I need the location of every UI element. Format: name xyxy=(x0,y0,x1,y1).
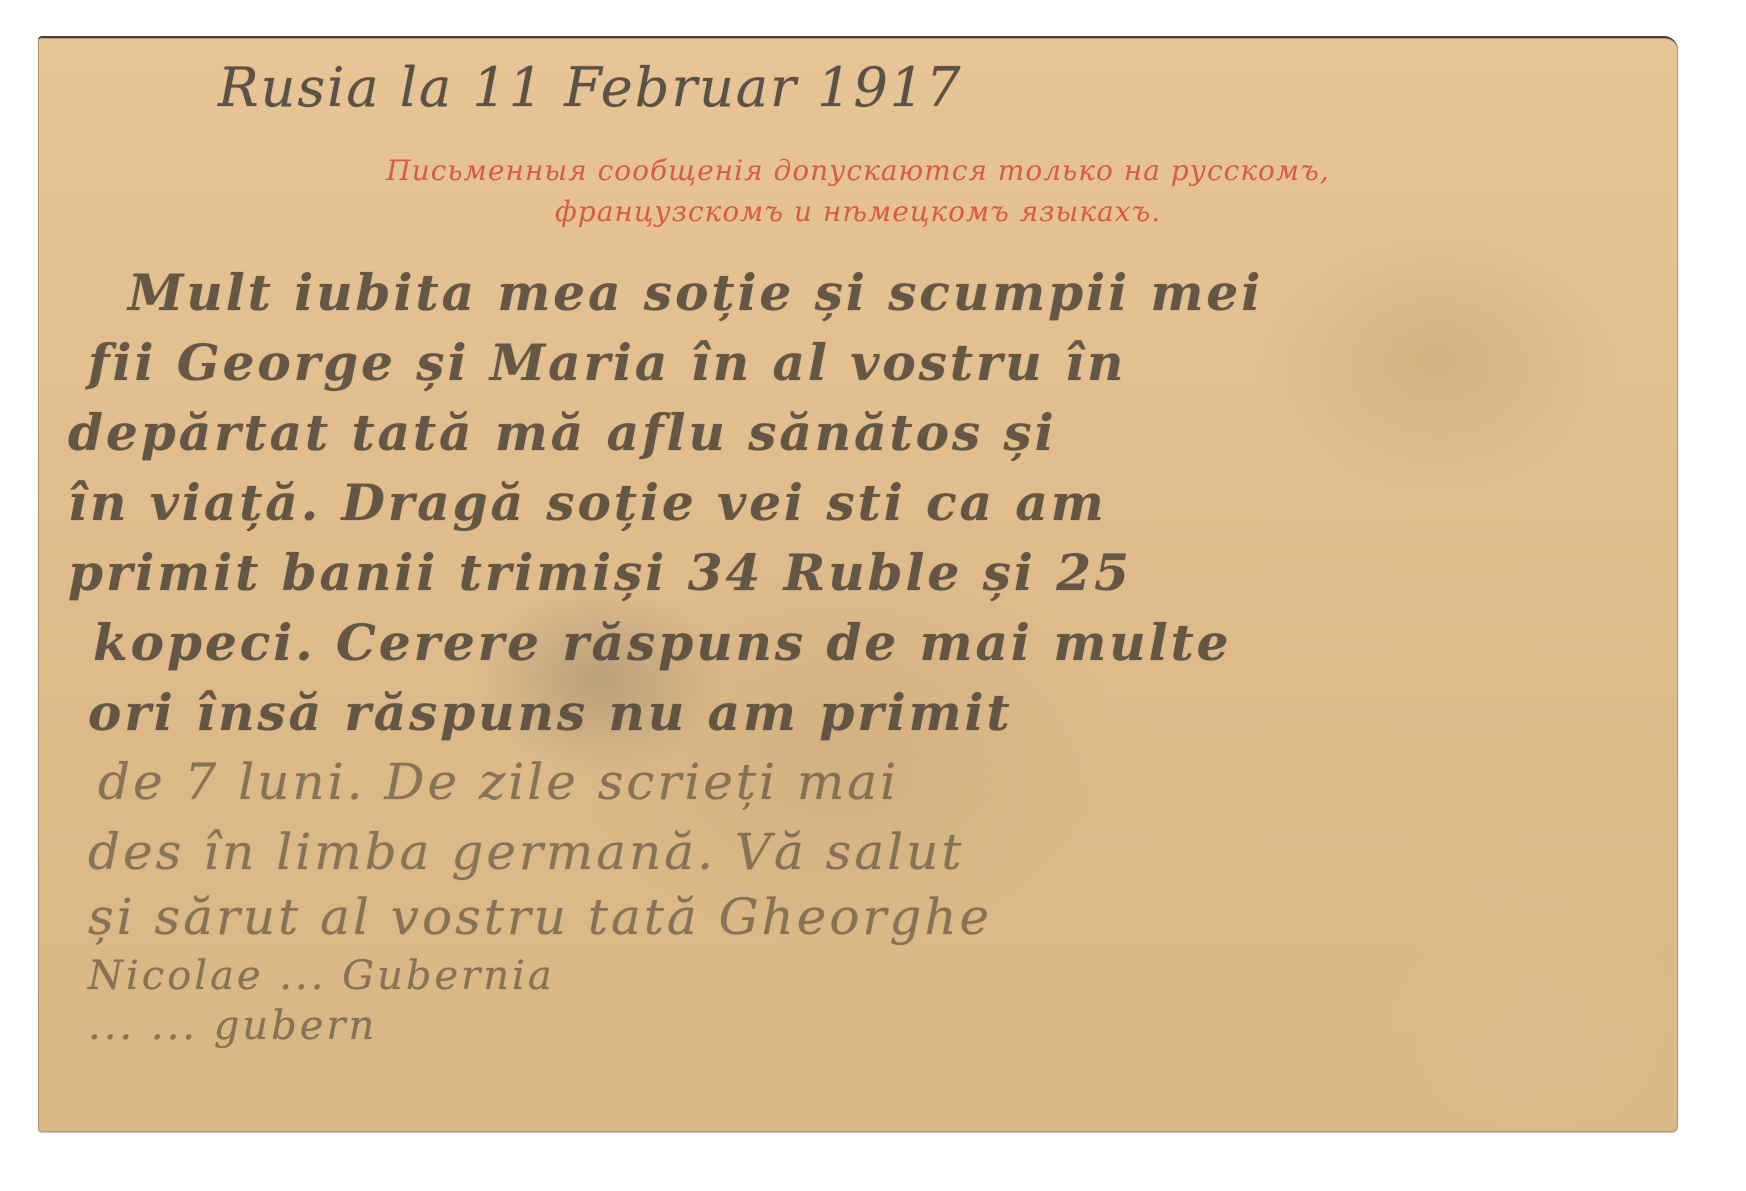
handwritten-line: ori însă răspuns nu am primit xyxy=(88,683,1013,742)
handwritten-line: depărtat tată mă aflu sănătos și xyxy=(68,403,1057,462)
printed-notice-line-2: французскомъ и нѣмецкомъ языкахъ. xyxy=(158,195,1558,228)
handwritten-line: de 7 luni. De zile scrieți mai xyxy=(98,753,899,811)
handwritten-line: în viață. Dragă soție vei sti ca am xyxy=(68,473,1107,532)
postcard: Rusia la 11 Februar 1917 Письменныя сооб… xyxy=(38,36,1678,1132)
handwritten-line: Nicolae ... Gubernia xyxy=(88,953,555,999)
handwritten-line: și sărut al vostru tată Gheorghe xyxy=(88,888,992,946)
handwritten-line: ... ... gubern xyxy=(88,1003,377,1049)
handwritten-line: Mult iubita mea soție și scumpii mei xyxy=(128,263,1263,322)
handwritten-place-date: Rusia la 11 Februar 1917 xyxy=(218,56,963,119)
handwritten-line: primit banii trimiși 34 Ruble și 25 xyxy=(68,543,1132,602)
handwritten-line: fii George și Maria în al vostru în xyxy=(88,333,1126,392)
handwritten-line: kopeci. Cerere răspuns de mai multe xyxy=(93,613,1232,672)
printed-notice-line-1: Письменныя сообщенія допускаются только … xyxy=(158,154,1558,187)
handwritten-line: des în limba germană. Vă salut xyxy=(88,823,964,881)
